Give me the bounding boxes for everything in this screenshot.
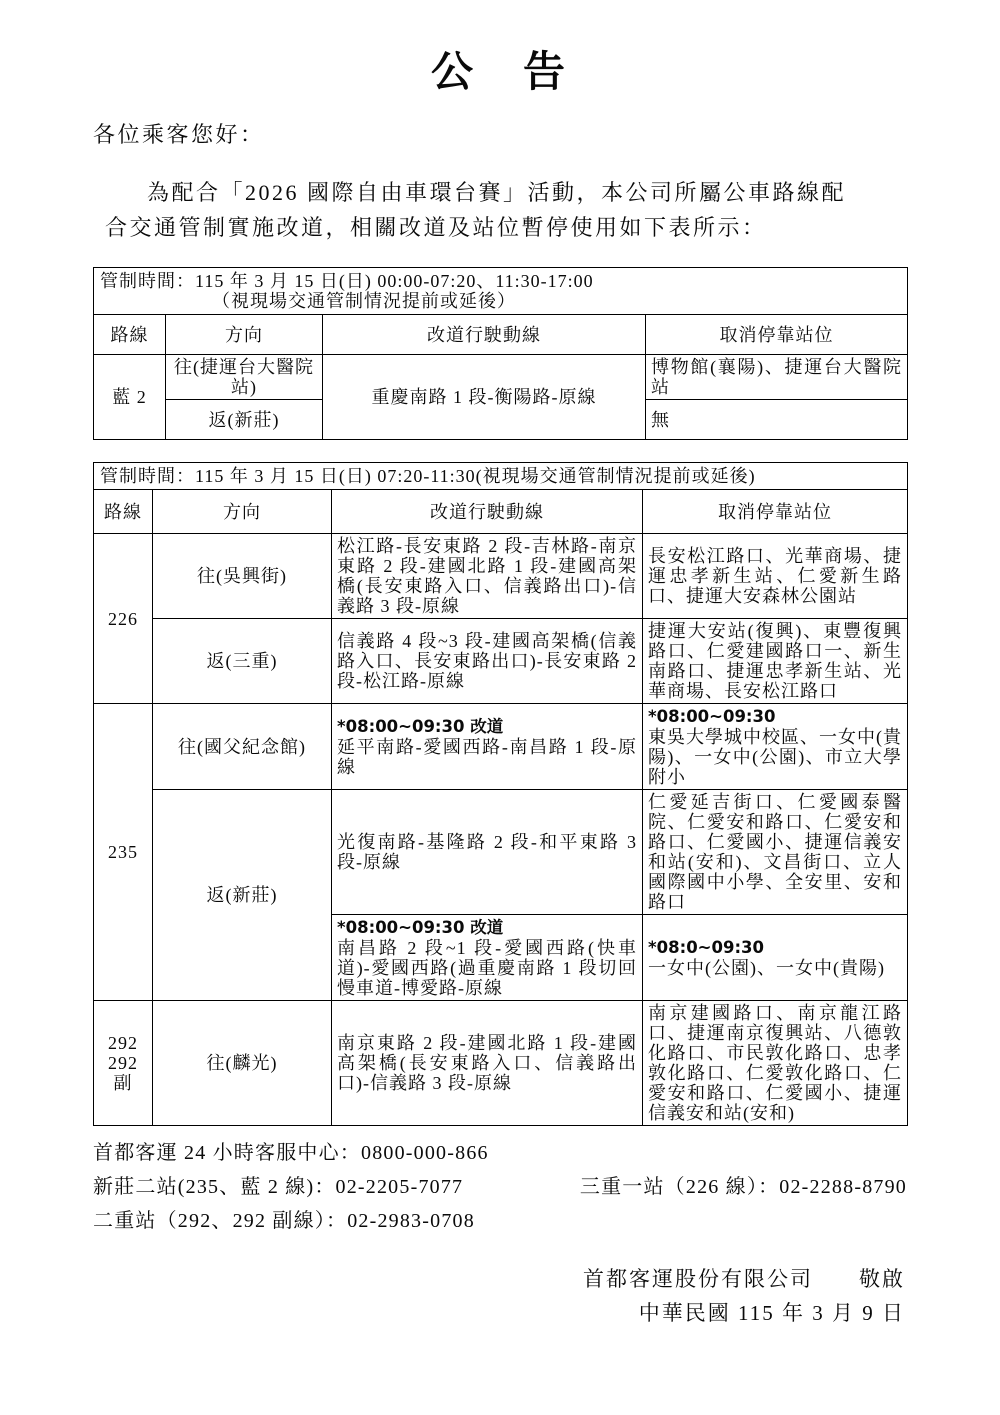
- table1-detour: 重慶南路 1 段-衡陽路-原線: [323, 355, 646, 440]
- station-sanchong-phone: 三重一站（226 線）：02-2288-8790: [580, 1170, 907, 1204]
- company-signature: 首都客運股份有限公司 敬啟: [93, 1262, 905, 1296]
- table1-header-route: 路線: [94, 315, 166, 355]
- route-292-line1: 292: [99, 1033, 147, 1053]
- notice-page: 公 告 各位乘客您好： 為配合「2026 國際自由車環台賽」活動，本公司所屬公車…: [0, 0, 1000, 1415]
- table1-header-cancel: 取消停靠站位: [646, 315, 908, 355]
- table1-caption-line2: （視現場交通管制情況提前或延後）: [100, 291, 901, 311]
- route-235-outbound-cancel: *08:00~09:30 東吳大學城中校區、一女中(貴陽)、一女中(公園)、市立…: [643, 704, 908, 790]
- route-235-return-cancel-b-text: 一女中(公園)、一女中(貴陽): [648, 958, 902, 978]
- notice-content: 公 告 各位乘客您好： 為配合「2026 國際自由車環台賽」活動，本公司所屬公車…: [93, 0, 907, 1330]
- route-235-return-detour-b-text: 南昌路 2 段~1 段-愛國西路(快車道)-愛國西路(過重慶南路 1 段切回慢車…: [337, 938, 637, 998]
- route-292-detour: 南京東路 2 段-建國北路 1 段-建國高架橋(長安東路入口、信義路出口)-信義…: [332, 1001, 643, 1126]
- hotline: 首都客運 24 小時客服中心：0800-000-866: [93, 1136, 907, 1170]
- route-235-return-detour-b-time: *08:00~09:30 改道: [337, 917, 637, 938]
- route-226-outbound-detour: 松江路-長安東路 2 段-吉林路-南京東路 2 段-建國北路 1 段-建國高架橋…: [332, 534, 643, 619]
- route-235-outbound-cancel-time: *08:00~09:30: [648, 706, 902, 727]
- control-period-table-2: 管制時間：115 年 3 月 15 日(日) 07:20-11:30(視現場交通…: [93, 462, 908, 1126]
- route-235: 235: [94, 704, 153, 1001]
- station-xinzhuang-phone: 新莊二站(235、藍 2 線)：02-2205-7077: [93, 1170, 463, 1204]
- route-235-return-direction: 返(新莊): [153, 790, 332, 1001]
- route-235-return-cancel-b: *08:0~09:30 一女中(公園)、一女中(貴陽): [643, 915, 908, 1001]
- table1-caption-line1: 管制時間：115 年 3 月 15 日(日) 00:00-07:20、11:30…: [100, 271, 901, 291]
- route-235-return-detour-b: *08:00~09:30 改道 南昌路 2 段~1 段-愛國西路(快車道)-愛國…: [332, 915, 643, 1001]
- intro-line-1: 為配合「2026 國際自由車環台賽」活動，本公司所屬公車路線配: [93, 175, 907, 210]
- table1-route-blue2: 藍 2: [94, 355, 166, 440]
- notice-title: 公 告: [93, 0, 907, 96]
- route-226-outbound-direction: 往(吳興街): [153, 534, 332, 619]
- table2-caption: 管制時間：115 年 3 月 15 日(日) 07:20-11:30(視現場交通…: [94, 463, 908, 490]
- control-period-table-1: 管制時間：115 年 3 月 15 日(日) 00:00-07:20、11:30…: [93, 267, 908, 440]
- route-235-return-detour-a: 光復南路-基隆路 2 段-和平東路 3 段-原線: [332, 790, 643, 915]
- route-226-return-detour: 信義路 4 段~3 段-建國高架橋(信義路入口、長安東路出口)-長安東路 2 段…: [332, 619, 643, 704]
- route-235-outbound-direction: 往(國父紀念館): [153, 704, 332, 790]
- route-226-return-direction: 返(三重): [153, 619, 332, 704]
- greeting: 各位乘客您好：: [93, 118, 907, 149]
- station-erchong-phone: 二重站（292、292 副線）：02-2983-0708: [93, 1204, 907, 1238]
- route-235-return-cancel-b-time: *08:0~09:30: [648, 937, 902, 958]
- table1-dir-outbound: 往(捷運台大醫院站): [166, 355, 323, 400]
- route-292-line2: 292 副: [99, 1053, 147, 1093]
- station-phones-row: 新莊二站(235、藍 2 線)：02-2205-7077 三重一站（226 線）…: [93, 1170, 907, 1204]
- route-292-cancel: 南京建國路口、南京龍江路口、捷運南京復興站、八德敦化路口、市民敦化路口、忠孝敦化…: [643, 1001, 908, 1126]
- route-226: 226: [94, 534, 153, 704]
- table1-header-detour: 改道行駛動線: [323, 315, 646, 355]
- route-235-return-cancel-a: 仁愛延吉街口、仁愛國泰醫院、仁愛安和路口、仁愛安和路口、仁愛國小、捷運信義安和站…: [643, 790, 908, 915]
- notice-date: 中華民國 115 年 3 月 9 日: [93, 1296, 905, 1330]
- route-226-outbound-cancel: 長安松江路口、光華商場、捷運忠孝新生站、仁愛新生路口、捷運大安森林公園站: [643, 534, 908, 619]
- table2-header-cancel: 取消停靠站位: [643, 490, 908, 534]
- route-226-return-cancel: 捷運大安站(復興)、東豐復興路口、仁愛建國路口一、新生南路口、捷運忠孝新生站、光…: [643, 619, 908, 704]
- intro-paragraph: 為配合「2026 國際自由車環台賽」活動，本公司所屬公車路線配 合交通管制實施改…: [93, 175, 907, 245]
- table1-header-direction: 方向: [166, 315, 323, 355]
- intro-line-2: 合交通管制實施改道，相關改道及站位暫停使用如下表所示：: [105, 210, 907, 245]
- table2-header-detour: 改道行駛動線: [332, 490, 643, 534]
- route-235-outbound-detour: *08:00~09:30 改道 延平南路-愛國西路-南昌路 1 段-原線: [332, 704, 643, 790]
- table1-dir-return: 返(新莊): [166, 400, 323, 440]
- route-235-outbound-cancel-text: 東吳大學城中校區、一女中(貴陽)、一女中(公園)、市立大學附小: [648, 727, 902, 787]
- table1-caption: 管制時間：115 年 3 月 15 日(日) 00:00-07:20、11:30…: [94, 268, 908, 315]
- route-292-direction: 往(麟光): [153, 1001, 332, 1126]
- table2-header-direction: 方向: [153, 490, 332, 534]
- table1-cancel-outbound: 博物館(襄陽)、捷運台大醫院站: [646, 355, 908, 400]
- table2-header-route: 路線: [94, 490, 153, 534]
- route-235-outbound-detour-time: *08:00~09:30 改道: [337, 716, 637, 737]
- route-292: 292 292 副: [94, 1001, 153, 1126]
- table1-cancel-return: 無: [646, 400, 908, 440]
- contact-info: 首都客運 24 小時客服中心：0800-000-866 新莊二站(235、藍 2…: [93, 1136, 907, 1238]
- closing-block: 首都客運股份有限公司 敬啟 中華民國 115 年 3 月 9 日: [93, 1262, 907, 1330]
- route-235-outbound-detour-text: 延平南路-愛國西路-南昌路 1 段-原線: [337, 737, 637, 777]
